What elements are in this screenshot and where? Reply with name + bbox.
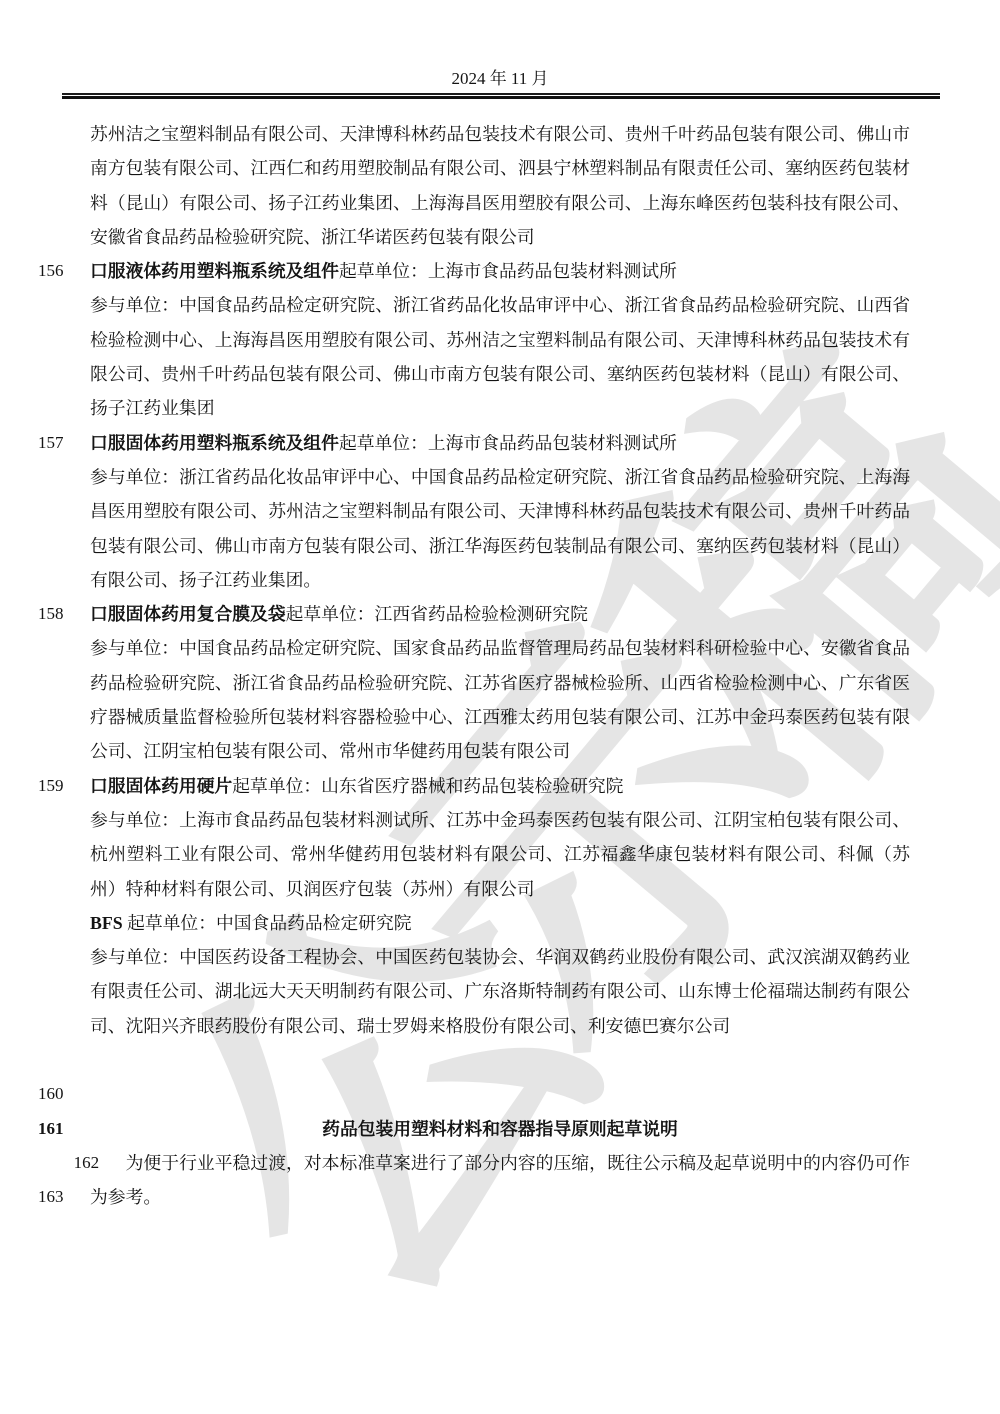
section-158-title: 口服固体药用复合膜及袋 (90, 604, 286, 624)
section-158-participants: 参与单位：中国食品药品检定研究院、国家食品药品监督管理局药品包装材料科研检验中心… (90, 631, 910, 768)
section-159-drafting-unit: 起草单位：山东省医疗器械和药品包装检验研究院 (232, 776, 623, 796)
header-date: 2024 年 11 月 (0, 68, 1000, 90)
line-160-row: 160 (90, 1077, 910, 1111)
section-159-participants: 参与单位：上海市食品药品包装材料测试所、江苏中金玛泰医药包装有限公司、江阴宝柏包… (90, 803, 910, 906)
header-rule-thick-line (62, 96, 940, 99)
closing-text-line-2: 为参考。 (90, 1187, 161, 1207)
blank-line (90, 1043, 910, 1077)
closing-heading-row: 161 药品包装用塑料材料和容器指导原则起草说明 (90, 1112, 910, 1146)
section-157-drafting-unit: 起草单位：上海市食品药品包装材料测试所 (339, 433, 677, 453)
section-156-drafting-unit: 起草单位：上海市食品药品包装材料测试所 (339, 261, 677, 281)
closing-text-line-1: 为便于行业平稳过渡，对本标准草案进行了部分内容的压缩，既往公示稿及起草说明中的内… (126, 1153, 910, 1173)
section-157-title: 口服固体药用塑料瓶系统及组件 (90, 433, 339, 453)
line-number-157: 157 (38, 426, 84, 460)
section-156-participants: 参与单位：中国食品药品检定研究院、浙江省药品化妆品审评中心、浙江省食品药品检验研… (90, 288, 910, 425)
section-159-heading-row: 159 口服固体药用硬片起草单位：山东省医疗器械和药品包装检验研究院 (90, 769, 910, 803)
document-page: 公示稿 2024 年 11 月 苏州洁之宝塑料制品有限公司、天津博科林药品包装技… (0, 0, 1000, 1414)
closing-heading: 药品包装用塑料材料和容器指导原则起草说明 (322, 1119, 678, 1139)
section-bfs-drafting-unit: 起草单位：中国食品药品检定研究院 (123, 913, 412, 933)
section-bfs-participants: 参与单位：中国医药设备工程协会、中国医药包装协会、华润双鹤药业股份有限公司、武汉… (90, 940, 910, 1043)
closing-paragraph-line-1: 162 为便于行业平稳过渡，对本标准草案进行了部分内容的压缩，既往公示稿及起草说… (90, 1146, 910, 1180)
section-bfs-title: BFS (90, 913, 123, 933)
continuation-paragraph: 苏州洁之宝塑料制品有限公司、天津博科林药品包装技术有限公司、贵州千叶药品包装有限… (90, 117, 910, 254)
section-bfs-heading-row: BFS 起草单位：中国食品药品检定研究院 (90, 906, 910, 940)
line-number-159: 159 (38, 769, 84, 803)
line-number-160: 160 (38, 1077, 84, 1111)
header-rule (62, 93, 940, 99)
line-number-162: 162 (38, 1146, 84, 1180)
section-158-drafting-unit: 起草单位：江西省药品检验检测研究院 (286, 604, 588, 624)
section-156-title: 口服液体药用塑料瓶系统及组件 (90, 261, 339, 281)
line-number-161: 161 (38, 1112, 84, 1146)
line-number-156: 156 (38, 254, 84, 288)
section-157-heading-row: 157 口服固体药用塑料瓶系统及组件起草单位：上海市食品药品包装材料测试所 (90, 426, 910, 460)
section-159-title: 口服固体药用硬片 (90, 776, 232, 796)
section-158-heading-row: 158 口服固体药用复合膜及袋起草单位：江西省药品检验检测研究院 (90, 597, 910, 631)
section-157-participants: 参与单位：浙江省药品化妆品审评中心、中国食品药品检定研究院、浙江省食品药品检验研… (90, 460, 910, 597)
line-number-158: 158 (38, 597, 84, 631)
closing-paragraph-line-2: 163 为参考。 (90, 1180, 910, 1214)
section-156-heading-row: 156 口服液体药用塑料瓶系统及组件起草单位：上海市食品药品包装材料测试所 (90, 254, 910, 288)
document-body: 苏州洁之宝塑料制品有限公司、天津博科林药品包装技术有限公司、贵州千叶药品包装有限… (90, 117, 910, 1215)
line-number-163: 163 (38, 1180, 84, 1214)
